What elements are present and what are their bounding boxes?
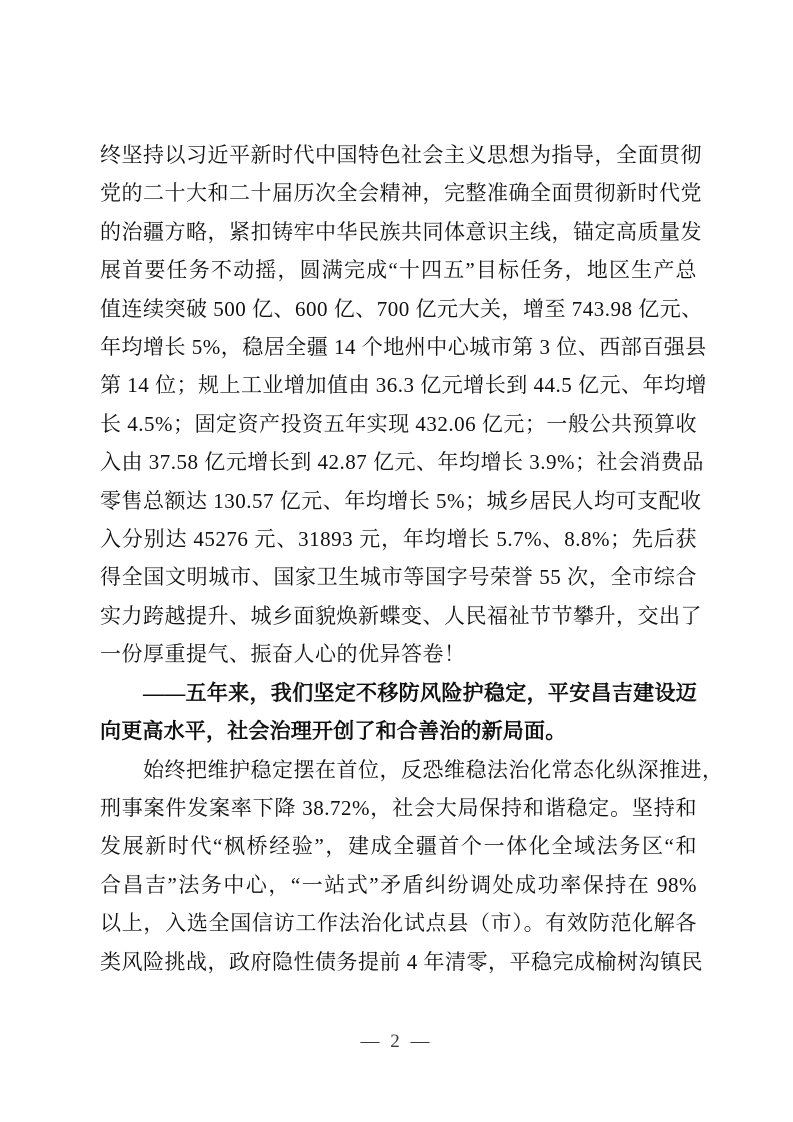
text-line: 实力跨越提升、城乡面貌焕新蝶变、人民福祉节节攀升，交出了	[100, 597, 697, 635]
text-line: 一份厚重提气、振奋人心的优异答卷！	[100, 635, 697, 673]
text-line: 合昌吉”法务中心，“一站式”矛盾纠纷调处成功率保持在 98%	[100, 866, 697, 904]
text-line: 终坚持以习近平新时代中国特色社会主义思想为指导，全面贯彻	[100, 136, 697, 174]
text-line: 年均增长 5%，稳居全疆 14 个地州中心城市第 3 位、西部百强县	[100, 328, 697, 366]
paragraph-achievements: 终坚持以习近平新时代中国特色社会主义思想为指导，全面贯彻 党的二十大和二十届历次…	[100, 136, 697, 674]
text-line: 第 14 位；规上工业增加值由 36.3 亿元增长到 44.5 亿元、年均增	[100, 366, 697, 404]
text-line: 入分别达 45276 元、31893 元，年均增长 5.7%、8.8%；先后获	[100, 520, 697, 558]
text-line: 得全国文明城市、国家卫生城市等国字号荣誉 55 次，全市综合	[100, 558, 697, 596]
paragraph-stability: 始终把维护稳定摆在首位，反恐维稳法治化常态化纵深推进， 刑事案件发案率下降 38…	[100, 751, 697, 981]
heading-line: ——五年来，我们坚定不移防风险护稳定，平安昌吉建设迈	[100, 674, 697, 712]
text-line: 展首要任务不动摇，圆满完成“十四五”目标任务，地区生产总	[100, 251, 697, 289]
text-line: 党的二十大和二十届历次全会精神，完整准确全面贯彻新时代党	[100, 174, 697, 212]
text-line: 以上，入选全国信访工作法治化试点县（市）。有效防范化解各	[100, 904, 697, 942]
text-line: 长 4.5%；固定资产投资五年实现 432.06 亿元；一般公共预算收	[100, 405, 697, 443]
heading-line: 向更高水平，社会治理开创了和合善治的新局面。	[100, 712, 697, 750]
text-line: 发展新时代“枫桥经验”，建成全疆首个一体化全域法务区“和	[100, 827, 697, 865]
text-line: 类风险挑战，政府隐性债务提前 4 年清零，平稳完成榆树沟镇民	[100, 943, 697, 981]
text-line: 零售总额达 130.57 亿元、年均增长 5%；城乡居民人均可支配收	[100, 482, 697, 520]
document-page: 终坚持以习近平新时代中国特色社会主义思想为指导，全面贯彻 党的二十大和二十届历次…	[0, 0, 793, 1122]
footer-page-number: — 2 —	[0, 1031, 793, 1053]
paragraph-section-heading: ——五年来，我们坚定不移防风险护稳定，平安昌吉建设迈 向更高水平，社会治理开创了…	[100, 674, 697, 751]
text-line: 刑事案件发案率下降 38.72%，社会大局保持和谐稳定。坚持和	[100, 789, 697, 827]
text-line: 的治疆方略，紧扣铸牢中华民族共同体意识主线，锚定高质量发	[100, 213, 697, 251]
text-line: 入由 37.58 亿元增长到 42.87 亿元、年均增长 3.9%；社会消费品	[100, 443, 697, 481]
text-line: 始终把维护稳定摆在首位，反恐维稳法治化常态化纵深推进，	[100, 751, 697, 789]
body-text-block: 终坚持以习近平新时代中国特色社会主义思想为指导，全面贯彻 党的二十大和二十届历次…	[100, 136, 697, 981]
text-line: 值连续突破 500 亿、600 亿、700 亿元大关，增至 743.98 亿元、	[100, 290, 697, 328]
